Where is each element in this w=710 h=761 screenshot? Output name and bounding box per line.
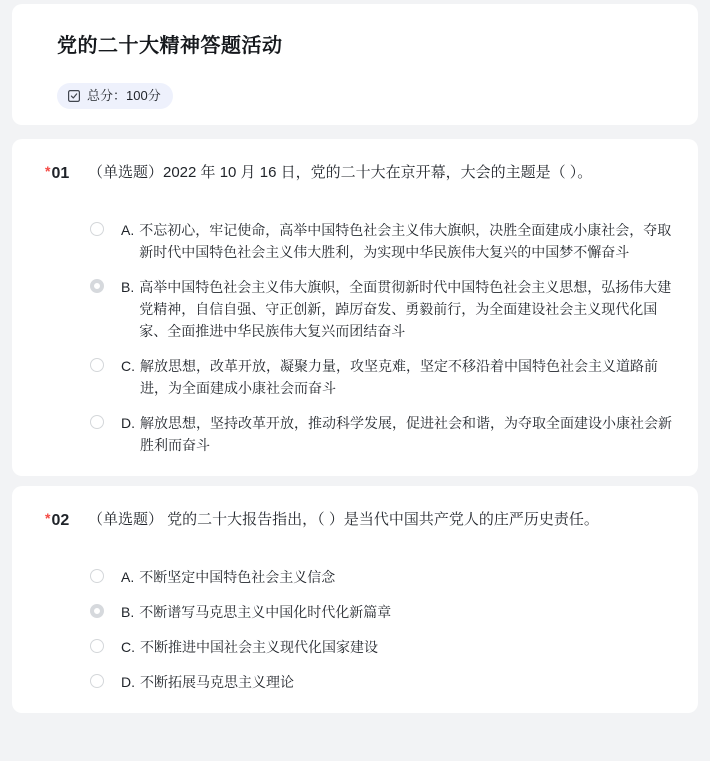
option-row[interactable]: D. 解放思想，坚持改革开放，推动科学发展，促进社会和谐，为夺取全面建设小康社会… (90, 412, 674, 456)
form-title: 党的二十大精神答题活动 (57, 33, 674, 59)
radio-icon[interactable] (90, 604, 104, 618)
required-asterisk: * (45, 163, 50, 179)
option-label: C. 解放思想，改革开放，凝聚力量，攻坚克难，坚定不移沿着中国特色社会主义道路前… (121, 355, 674, 399)
option-text: 解放思想，改革开放，凝聚力量，攻坚克难，坚定不移沿着中国特色社会主义道路前进，为… (140, 355, 674, 399)
total-score-badge: 总分：100分 (57, 83, 173, 109)
option-label: A. 不断坚定中国特色社会主义信念 (121, 566, 674, 588)
option-letter: D. (121, 412, 135, 434)
option-letter: A. (121, 566, 134, 588)
option-text: 不断拓展马克思主义理论 (140, 671, 674, 693)
option-letter: D. (121, 671, 135, 693)
option-letter: B. (121, 601, 134, 623)
option-row[interactable]: B. 不断谱写马克思主义中国化时代化新篇章 (90, 601, 674, 623)
option-text: 高举中国特色社会主义伟大旗帜，全面贯彻新时代中国特色社会主义思想，弘扬伟大建党精… (139, 276, 674, 342)
total-score-label: 总分：100分 (87, 88, 161, 104)
radio-icon[interactable] (90, 415, 104, 429)
option-label: D. 不断拓展马克思主义理论 (121, 671, 674, 693)
radio-icon[interactable] (90, 569, 104, 583)
option-text: 不断谱写马克思主义中国化时代化新篇章 (139, 601, 674, 623)
radio-icon[interactable] (90, 358, 104, 372)
score-sheet-icon (67, 89, 81, 103)
option-label: B. 不断谱写马克思主义中国化时代化新篇章 (121, 601, 674, 623)
option-letter: B. (121, 276, 134, 298)
options-list: A. 不断坚定中国特色社会主义信念 B. 不断谱写马克思主义中国化时代化新篇章 … (90, 566, 678, 693)
option-row[interactable]: C. 解放思想，改革开放，凝聚力量，攻坚克难，坚定不移沿着中国特色社会主义道路前… (90, 355, 674, 399)
option-row[interactable]: C. 不断推进中国社会主义现代化国家建设 (90, 636, 674, 658)
option-letter: C. (121, 355, 135, 377)
radio-icon[interactable] (90, 674, 104, 688)
header-card: 党的二十大精神答题活动 总分：100分 (12, 4, 698, 125)
option-letter: C. (121, 636, 135, 658)
quiz-page: 党的二十大精神答题活动 总分：100分 *01 （单选题）2022 年 10 月… (0, 0, 710, 761)
required-asterisk: * (45, 510, 50, 526)
option-label: A. 不忘初心，牢记使命，高举中国特色社会主义伟大旗帜，决胜全面建成小康社会，夺… (121, 219, 674, 263)
option-label: D. 解放思想，坚持改革开放，推动科学发展，促进社会和谐，为夺取全面建设小康社会… (121, 412, 674, 456)
option-label: C. 不断推进中国社会主义现代化国家建设 (121, 636, 674, 658)
question-header: *01 （单选题）2022 年 10 月 16 日，党的二十大在京开幕，大会的主… (45, 161, 678, 186)
option-row[interactable]: D. 不断拓展马克思主义理论 (90, 671, 674, 693)
option-text: 不断坚定中国特色社会主义信念 (139, 566, 674, 588)
question-text: （单选题） 党的二十大报告指出，（ ）是当代中国共产党人的庄严历史责任。 (88, 508, 678, 532)
question-number: *01 (45, 161, 88, 186)
option-letter: A. (121, 219, 134, 241)
options-list: A. 不忘初心，牢记使命，高举中国特色社会主义伟大旗帜，决胜全面建成小康社会，夺… (90, 219, 678, 456)
option-text: 不忘初心，牢记使命，高举中国特色社会主义伟大旗帜，决胜全面建成小康社会，夺取新时… (139, 219, 674, 263)
radio-icon[interactable] (90, 222, 104, 236)
radio-icon[interactable] (90, 639, 104, 653)
option-row[interactable]: A. 不断坚定中国特色社会主义信念 (90, 566, 674, 588)
option-row[interactable]: A. 不忘初心，牢记使命，高举中国特色社会主义伟大旗帜，决胜全面建成小康社会，夺… (90, 219, 674, 263)
option-row[interactable]: B. 高举中国特色社会主义伟大旗帜，全面贯彻新时代中国特色社会主义思想，弘扬伟大… (90, 276, 674, 342)
question-card: *02 （单选题） 党的二十大报告指出，（ ）是当代中国共产党人的庄严历史责任。… (12, 486, 698, 713)
question-card: *01 （单选题）2022 年 10 月 16 日，党的二十大在京开幕，大会的主… (12, 139, 698, 476)
question-list: *01 （单选题）2022 年 10 月 16 日，党的二十大在京开幕，大会的主… (0, 139, 710, 713)
question-text: （单选题）2022 年 10 月 16 日，党的二十大在京开幕，大会的主题是（ … (88, 161, 678, 185)
radio-icon[interactable] (90, 279, 104, 293)
question-header: *02 （单选题） 党的二十大报告指出，（ ）是当代中国共产党人的庄严历史责任。 (45, 508, 678, 533)
option-label: B. 高举中国特色社会主义伟大旗帜，全面贯彻新时代中国特色社会主义思想，弘扬伟大… (121, 276, 674, 342)
option-text: 不断推进中国社会主义现代化国家建设 (140, 636, 674, 658)
question-number: *02 (45, 508, 88, 533)
option-text: 解放思想，坚持改革开放，推动科学发展，促进社会和谐，为夺取全面建设小康社会新胜利… (140, 412, 674, 456)
